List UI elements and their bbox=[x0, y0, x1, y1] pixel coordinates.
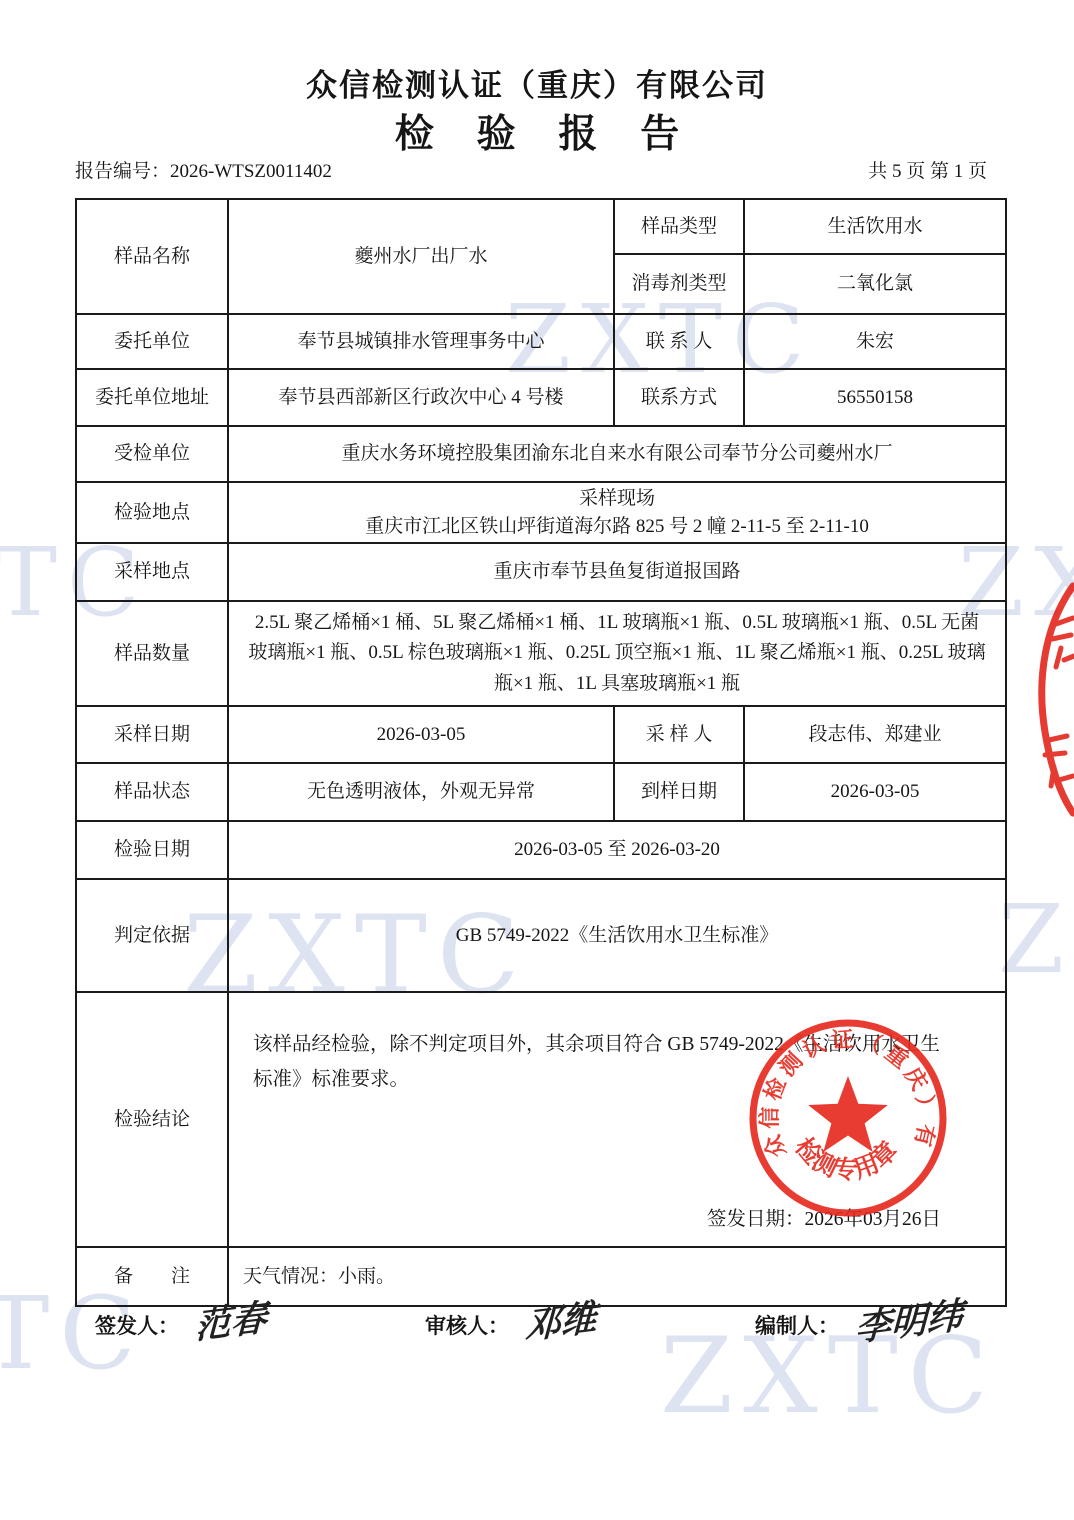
issuer-signature: 范春 bbox=[194, 1289, 267, 1349]
partial-edge-seal bbox=[1026, 582, 1074, 817]
svg-text:检测专用章: 检测专用章 bbox=[789, 1133, 903, 1185]
label-sampling-date: 采样日期 bbox=[76, 706, 228, 763]
seal-bottom-text: 检测专用章 bbox=[789, 1133, 903, 1185]
reviewer-label: 审核人： bbox=[425, 1294, 509, 1340]
signature-row: 签发人： 范春 审核人： 邓维 编制人： 李明纬 bbox=[95, 1294, 963, 1345]
company-title: 众信检测认证（重庆）有限公司 bbox=[0, 60, 1074, 105]
value-arrival-date: 2026-03-05 bbox=[744, 763, 1006, 821]
issuer-label: 签发人： bbox=[95, 1294, 179, 1340]
report-meta-row: 报告编号：2026-WTSZ0011402 共 5 页 第 1 页 bbox=[75, 156, 987, 183]
reviewer-signature-block: 审核人： 邓维 bbox=[425, 1294, 597, 1345]
label-sampling-place: 采样地点 bbox=[76, 543, 228, 601]
value-sample-quantity: 2.5L 聚乙烯桶×1 桶、5L 聚乙烯桶×1 桶、1L 玻璃瓶×1 瓶、0.5… bbox=[228, 601, 1006, 706]
value-client-address: 奉节县西部新区行政次中心 4 号楼 bbox=[228, 369, 614, 426]
report-number: 报告编号：2026-WTSZ0011402 bbox=[75, 156, 332, 183]
value-sampler: 段志伟、郑建业 bbox=[744, 706, 1006, 763]
label-sample-quantity: 样品数量 bbox=[76, 601, 228, 706]
company-seal: 众信检测认证（重庆）有限公司 检测专用章 bbox=[744, 1014, 952, 1222]
label-conclusion: 检验结论 bbox=[76, 992, 228, 1247]
value-sample-type: 生活饮用水 bbox=[744, 199, 1006, 254]
label-sample-name: 样品名称 bbox=[76, 199, 228, 314]
label-sample-type: 样品类型 bbox=[614, 199, 744, 254]
reviewer-signature: 邓维 bbox=[524, 1289, 597, 1349]
preparer-label: 编制人： bbox=[755, 1294, 839, 1340]
inspection-report-page: ZXTC ZXTC ZXTC ZXTC ZXTC ZXTC ZXTC 众信检测认… bbox=[0, 0, 1074, 1520]
label-sampler: 采 样 人 bbox=[614, 706, 744, 763]
value-sample-status: 无色透明液体，外观无异常 bbox=[228, 763, 614, 821]
report-content: 众信检测认证（重庆）有限公司 检 验 报 告 报告编号：2026-WTSZ001… bbox=[0, 0, 1074, 1520]
label-arrival-date: 到样日期 bbox=[614, 763, 744, 821]
label-inspection-date: 检验日期 bbox=[76, 821, 228, 879]
label-inspection-place: 检验地点 bbox=[76, 482, 228, 543]
value-sampling-date: 2026-03-05 bbox=[228, 706, 614, 763]
preparer-signature-block: 编制人： 李明纬 bbox=[755, 1294, 963, 1345]
value-judgment-basis: GB 5749-2022《生活饮用水卫生标准》 bbox=[228, 879, 1006, 992]
label-disinfectant-type: 消毒剂类型 bbox=[614, 254, 744, 314]
label-contact-number: 联系方式 bbox=[614, 369, 744, 426]
label-contact-person: 联 系 人 bbox=[614, 314, 744, 369]
value-disinfectant-type: 二氧化氯 bbox=[744, 254, 1006, 314]
value-inspected-unit: 重庆水务环境控股集团渝东北自来水有限公司奉节分公司夔州水厂 bbox=[228, 426, 1006, 482]
value-inspection-place: 采样现场 重庆市江北区铁山坪街道海尔路 825 号 2 幢 2-11-5 至 2… bbox=[228, 482, 1006, 543]
value-sampling-place: 重庆市奉节县鱼复街道报国路 bbox=[228, 543, 1006, 601]
preparer-signature: 李明纬 bbox=[854, 1287, 963, 1352]
value-sample-name: 夔州水厂出厂水 bbox=[228, 199, 614, 314]
report-title: 检 验 报 告 bbox=[0, 103, 1074, 159]
value-inspection-date: 2026-03-05 至 2026-03-20 bbox=[228, 821, 1006, 879]
value-contact-number: 56550158 bbox=[744, 369, 1006, 426]
label-client: 委托单位 bbox=[76, 314, 228, 369]
label-inspected-unit: 受检单位 bbox=[76, 426, 228, 482]
label-sample-status: 样品状态 bbox=[76, 763, 228, 821]
value-client: 奉节县城镇排水管理事务中心 bbox=[228, 314, 614, 369]
issuer-signature-block: 签发人： 范春 bbox=[95, 1294, 267, 1345]
label-client-address: 委托单位地址 bbox=[76, 369, 228, 426]
value-contact-person: 朱宏 bbox=[744, 314, 1006, 369]
seal-star-icon bbox=[808, 1076, 888, 1152]
page-indicator: 共 5 页 第 1 页 bbox=[868, 156, 987, 183]
label-judgment-basis: 判定依据 bbox=[76, 879, 228, 992]
